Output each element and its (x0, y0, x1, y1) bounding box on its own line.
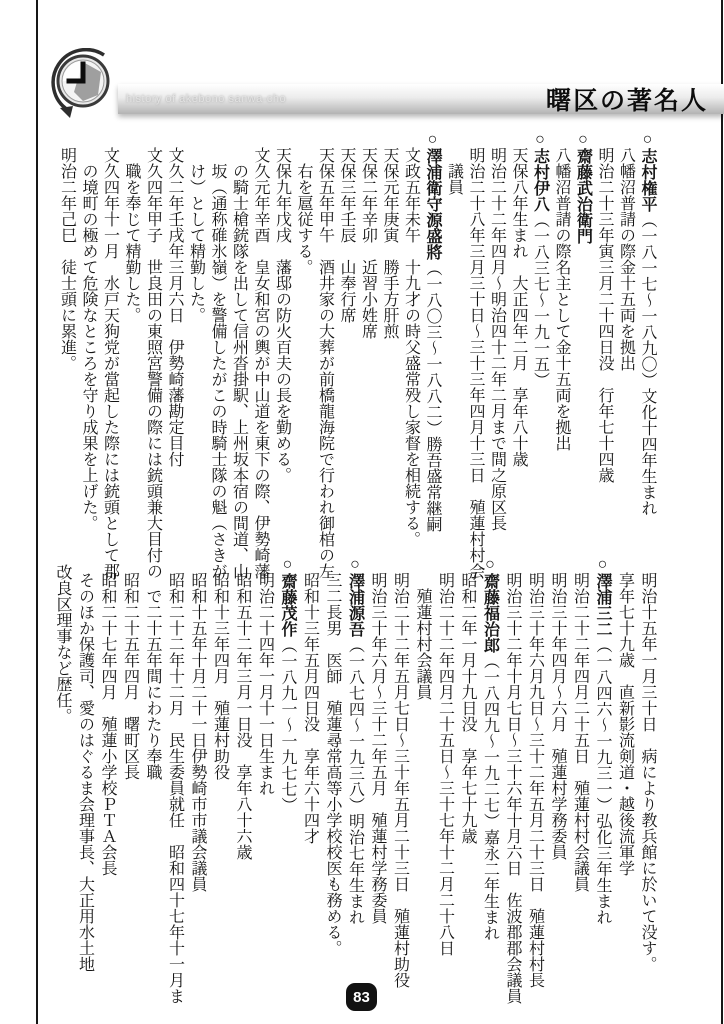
entry-text-column: 明治二十八年三月三十日～三十三年四月十三日 殖蓮村村会 (465, 131, 487, 583)
entry-name-column: ○志村伊八（一八三七～一九一五） (529, 131, 551, 583)
entry-text-column: 坂（通称碓氷嶺）を警備したがこの時騎士隊の魁（さきが (207, 131, 229, 583)
entry-text-column: 昭和五十二年三月一日没 享年八十六歳 (231, 556, 254, 1018)
entry-text-column: 明治二十二年五月七日～三十年五月二十三日 殖蓮村助役 (388, 556, 411, 1018)
entry-text-column: 享年七十九歳 直新影流剣道・越後流軍学 (613, 556, 636, 1018)
entry-name-column: ○澤浦衛守源盛將（一八〇三～一八八二）勝吾盛常継嗣 (422, 131, 444, 583)
entry-text-column: 八幡沼普請の際金十五両を拠出 (615, 131, 637, 583)
clock-history-icon (46, 48, 118, 120)
entry-text-column: 昭和二十五年四月 曙町区長 (118, 556, 141, 1018)
entry-name-column: ○齋藤武治衛門 (572, 131, 594, 583)
entry-text-column: 議員 (443, 131, 465, 583)
entry-text-column: 天保五年甲午 酒井家の大葬が前橋龍海院で行われ御棺の左 (314, 131, 336, 583)
entry-text-column: 文久元年辛酉 皇女和宮の輿が中山道を東下の際、伊勢崎藩 (250, 131, 272, 583)
page-number-badge: 83 (346, 983, 377, 1011)
biography-text-top-section: ○志村権平（一八一七～一八九〇）文化十四年生まれ八幡沼普請の際金十五両を拠出明治… (56, 131, 658, 583)
entry-text-column: 殖蓮村村会議員 (411, 556, 434, 1018)
biography-text-bottom-section: 明治十五年一月三十日 病により教兵館に於いて没す。享年七十九歳 直新影流剣道・越… (51, 556, 659, 1018)
entry-text-column: 昭和二十二年十二月 民生委員就任 昭和四十七年十一月ま (163, 556, 186, 1018)
entry-text-column: 昭和十五年十月二十一日伊勢崎市市議会議員 (186, 556, 209, 1018)
entry-text-column: 文政五年未午 十九才の時父盛常殁し家督を相続する。 (400, 131, 422, 583)
entry-text-column: そのほか保護司、愛のはぐるま会理事長、大正用水土地 (73, 556, 96, 1018)
entry-text-column: け）として精勤した。 (185, 131, 207, 583)
entry-text-column: 明治二十二年四月二十五日 殖蓮村村会議員 (568, 556, 591, 1018)
entry-text-column: 文久四年十一月 水戸天狗党が當起した際には銃頭として郡 (99, 131, 121, 583)
entry-name-column: ○澤浦源吾（一八七四～一九三八）明治七年生まれ (343, 556, 366, 1018)
entry-text-column: 昭和十三年四月 殖蓮村助役 (208, 556, 231, 1018)
entry-text-column: 文久二年壬戌年三月六日 伊勢崎藩勘定目付 (164, 131, 186, 583)
entry-text-column: 改良区理事など歴任。 (51, 556, 74, 1018)
page-number: 83 (353, 989, 370, 1006)
entry-name-column: ○志村権平（一八一七～一八九〇）文化十四年生まれ (637, 131, 659, 583)
header-bar: history of akebono sanwa-cho 曙区の著名人 (118, 84, 724, 114)
entry-text-column: 天保九年戊戌 藩邸の防火百夫の長を勤める。 (271, 131, 293, 583)
entry-text-column: 天保三年壬辰 山奉行席 (336, 131, 358, 583)
entry-text-column: 明治二十二年四月二十五日～三十七年十二月二十八日 (433, 556, 456, 1018)
page-right-rule (721, 0, 723, 1024)
entry-text-column: 昭和十三年五月四日没 享年六十四才 (298, 556, 321, 1018)
entry-text-column: 明治二年己巳 徒士頭に累進。 (56, 131, 78, 583)
entry-text-column: の騎士槍銃隊を出して信州沓掛駅、上州坂本宿の間道、山 (228, 131, 250, 583)
entry-text-column: 昭和二年一月十九日没 享年七十九歳 (456, 556, 479, 1018)
entry-text-column: 天保二年辛卯 近習小姓席 (357, 131, 379, 583)
entry-name-column: ○齋藤茂作（一八九一～一九七七） (276, 556, 299, 1018)
entry-text-column: 文久四年甲子 世良田の東照宮警備の際には銃頭兼大目付の (142, 131, 164, 583)
page-title: 曙区の著名人 (546, 81, 708, 117)
entry-text-column: 八幡沼普請の際名主として金十五両を拠出 (551, 131, 573, 583)
entry-text-column: 右を扈従する。 (293, 131, 315, 583)
entry-name-column: ○齋藤福治郎（一八四九～一九二七）嘉永二年生まれ (478, 556, 501, 1018)
header-subtitle-en: history of akebono sanwa-cho (126, 93, 286, 105)
entry-text-column: の境町の極めて危険なところを守り成果を上げた。 (78, 131, 100, 583)
page-left-rule (36, 0, 38, 1024)
entry-text-column: 明治三十年六月～三十二年五月 殖蓮村学務委員 (366, 556, 389, 1018)
entry-text-column: 昭和二十七年四月 殖蓮小学校ＰＴＡ会長 (96, 556, 119, 1018)
entry-text-column: 明治二十二年四月～明治四十二年二月まで間之原区長 (486, 131, 508, 583)
entry-text-column: 明治三十二年十月七日～三十六年十月六日 佐波郡郡会議員 (501, 556, 524, 1018)
entry-text-column: 三二長男 医師 殖蓮尋常高等小学校校医も務める。 (321, 556, 344, 1018)
entry-text-column: 天保八年生まれ 大正四年二月 享年八十歳 (508, 131, 530, 583)
entry-text-column: 職を奉じて精勤した。 (121, 131, 143, 583)
entry-text-column: 明治三十年四月～六月 殖蓮村学務委員 (546, 556, 569, 1018)
entry-text-column: で二十五年間にわたり奉職 (141, 556, 164, 1018)
entry-text-column: 明治二十四年一月十一日生まれ (253, 556, 276, 1018)
entry-text-column: 明治二十三年寅三月二十四日没 行年七十四歳 (594, 131, 616, 583)
entry-text-column: 天保元年庚寅 勝手方肝煎 (379, 131, 401, 583)
entry-name-column: ○澤浦三二（一八四六～一九三一）弘化三年生まれ (591, 556, 614, 1018)
entry-text-column: 明治十五年一月三十日 病により教兵館に於いて没す。 (636, 556, 659, 1018)
entry-text-column: 明治三十年六月九日～三十二年五月二十三日 殖蓮村村長 (523, 556, 546, 1018)
